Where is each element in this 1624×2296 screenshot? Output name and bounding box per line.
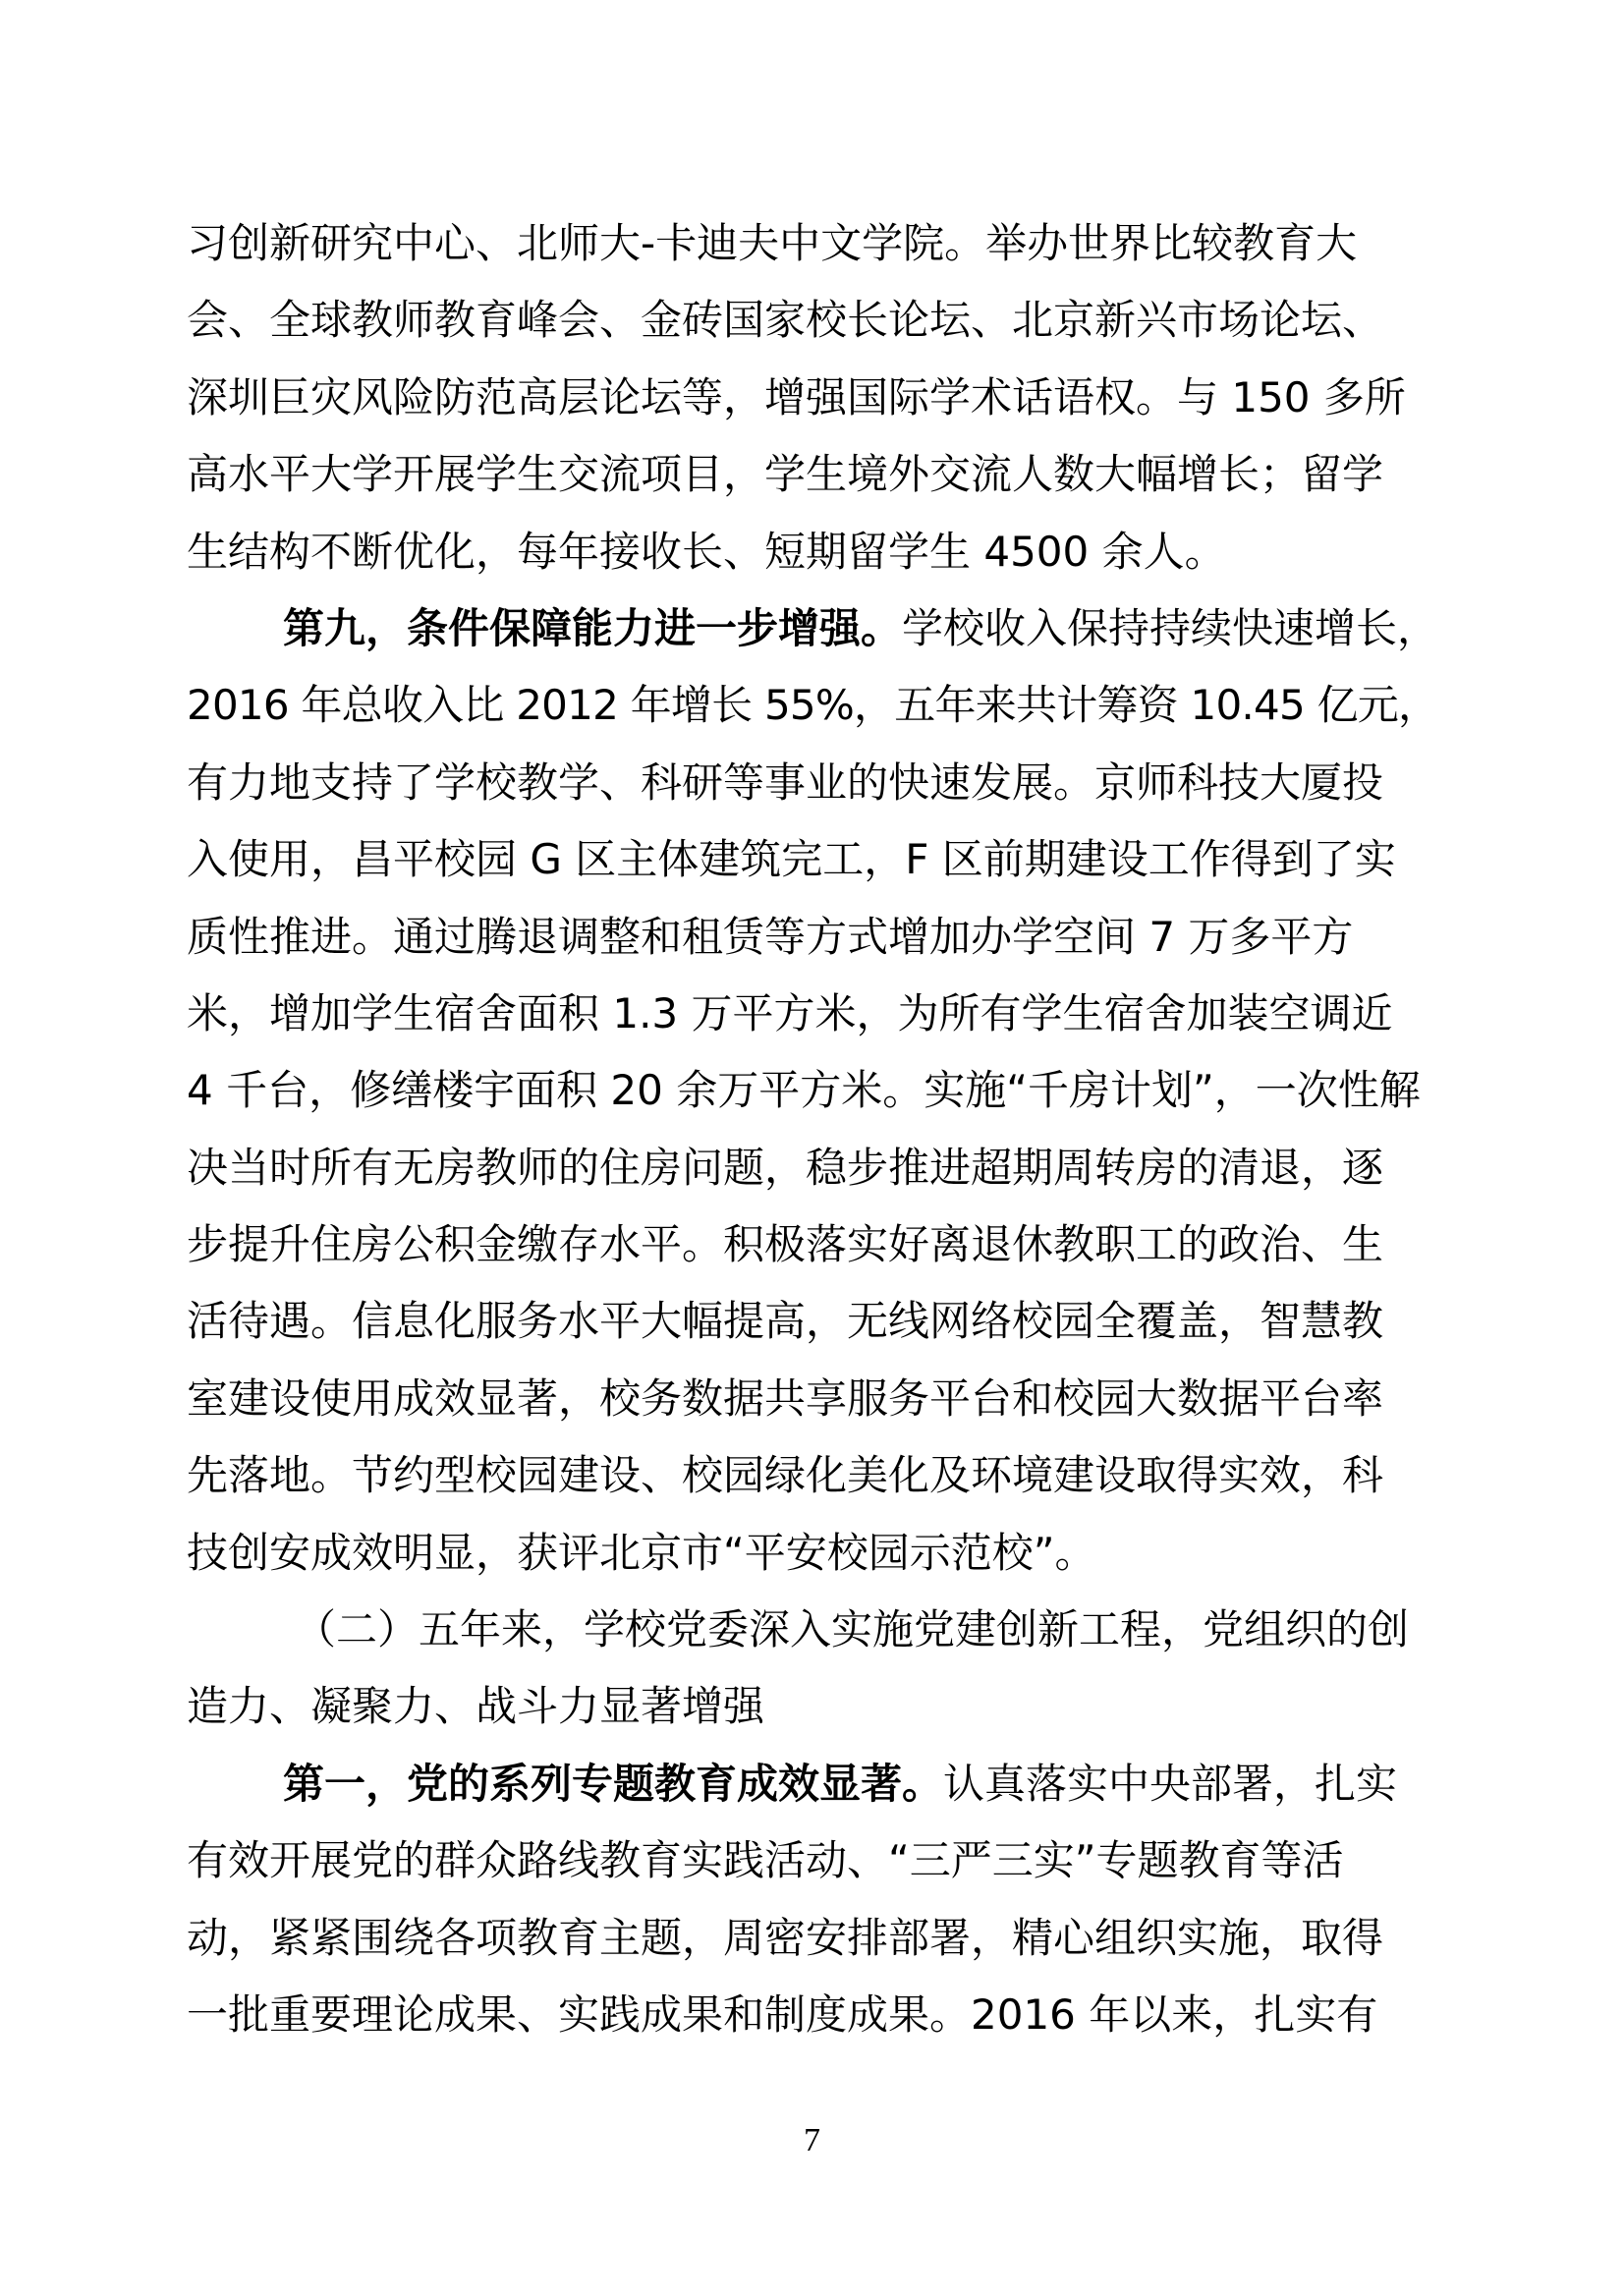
paragraph-line: 习创新研究中心、北师大-卡迪夫中文学院。举办世界比较教育大 [187, 205, 1439, 282]
section-heading-line: 第一，党的系列专题教育成效显著。认真落实中央部署，扎实 [187, 1746, 1439, 1822]
paragraph-line: 有力地支持了学校教学、科研等事业的快速发展。京师科技大厦投 [187, 745, 1439, 821]
document-body: 习创新研究中心、北师大-卡迪夫中文学院。举办世界比较教育大 会、全球教师教育峰会… [187, 205, 1439, 2053]
page-number: 7 [0, 2122, 1624, 2159]
paragraph-line: 技创安成效明显，获评北京市“平安校园示范校”。 [187, 1515, 1439, 1592]
paragraph-line: 决当时所有无房教师的住房问题，稳步推进超期周转房的清退，逐 [187, 1130, 1439, 1206]
paragraph-text: 认真落实中央部署，扎实 [943, 1760, 1397, 1808]
paragraph-line: 会、全球教师教育峰会、金砖国家校长论坛、北京新兴市场论坛、 [187, 282, 1439, 359]
subsection-heading-line: 造力、凝聚力、战斗力显著增强 [187, 1668, 1439, 1745]
paragraph-line: 4 千台，修缮楼宇面积 20 余万平方米。实施“千房计划”，一次性解 [187, 1052, 1439, 1129]
section-heading-bold: 第一，党的系列专题教育成效显著。 [283, 1760, 943, 1808]
section-heading-bold: 第九，条件保障能力进一步增强。 [283, 604, 902, 652]
subsection-heading-line: （二）五年来，学校党委深入实施党建创新工程，党组织的创 [187, 1592, 1439, 1668]
paragraph-line: 生结构不断优化，每年接收长、短期留学生 4500 余人。 [187, 514, 1439, 590]
paragraph-line: 米，增加学生宿舍面积 1.3 万平方米，为所有学生宿舍加装空调近 [187, 976, 1439, 1052]
paragraph-line: 动，紧紧围绕各项教育主题，周密安排部署，精心组织实施，取得 [187, 1900, 1439, 1977]
paragraph-line: 先落地。节约型校园建设、校园绿化美化及环境建设取得实效，科 [187, 1437, 1439, 1514]
paragraph-line: 一批重要理论成果、实践成果和制度成果。2016 年以来，扎实有 [187, 1977, 1439, 2053]
paragraph-line: 质性推进。通过腾退调整和租赁等方式增加办学空间 7 万多平方 [187, 899, 1439, 976]
paragraph-line: 活待遇。信息化服务水平大幅提高，无线网络校园全覆盖，智慧教 [187, 1283, 1439, 1360]
paragraph-line: 室建设使用成效显著，校务数据共享服务平台和校园大数据平台率 [187, 1361, 1439, 1437]
paragraph-line: 有效开展党的群众路线教育实践活动、“三严三实”专题教育等活 [187, 1822, 1439, 1899]
document-page: 习创新研究中心、北师大-卡迪夫中文学院。举办世界比较教育大 会、全球教师教育峰会… [0, 0, 1624, 2296]
section-heading-line: 第九，条件保障能力进一步增强。学校收入保持持续快速增长， [187, 590, 1439, 667]
paragraph-text: 学校收入保持持续快速增长， [902, 604, 1438, 652]
paragraph-line: 高水平大学开展学生交流项目，学生境外交流人数大幅增长；留学 [187, 436, 1439, 513]
paragraph-line: 深圳巨灾风险防范高层论坛等，增强国际学术话语权。与 150 多所 [187, 360, 1439, 436]
paragraph-line: 步提升住房公积金缴存水平。积极落实好离退休教职工的政治、生 [187, 1206, 1439, 1283]
paragraph-line: 入使用，昌平校园 G 区主体建筑完工，F 区前期建设工作得到了实 [187, 821, 1439, 898]
paragraph-line: 2016 年总收入比 2012 年增长 55%，五年来共计筹资 10.45 亿元… [187, 667, 1439, 744]
